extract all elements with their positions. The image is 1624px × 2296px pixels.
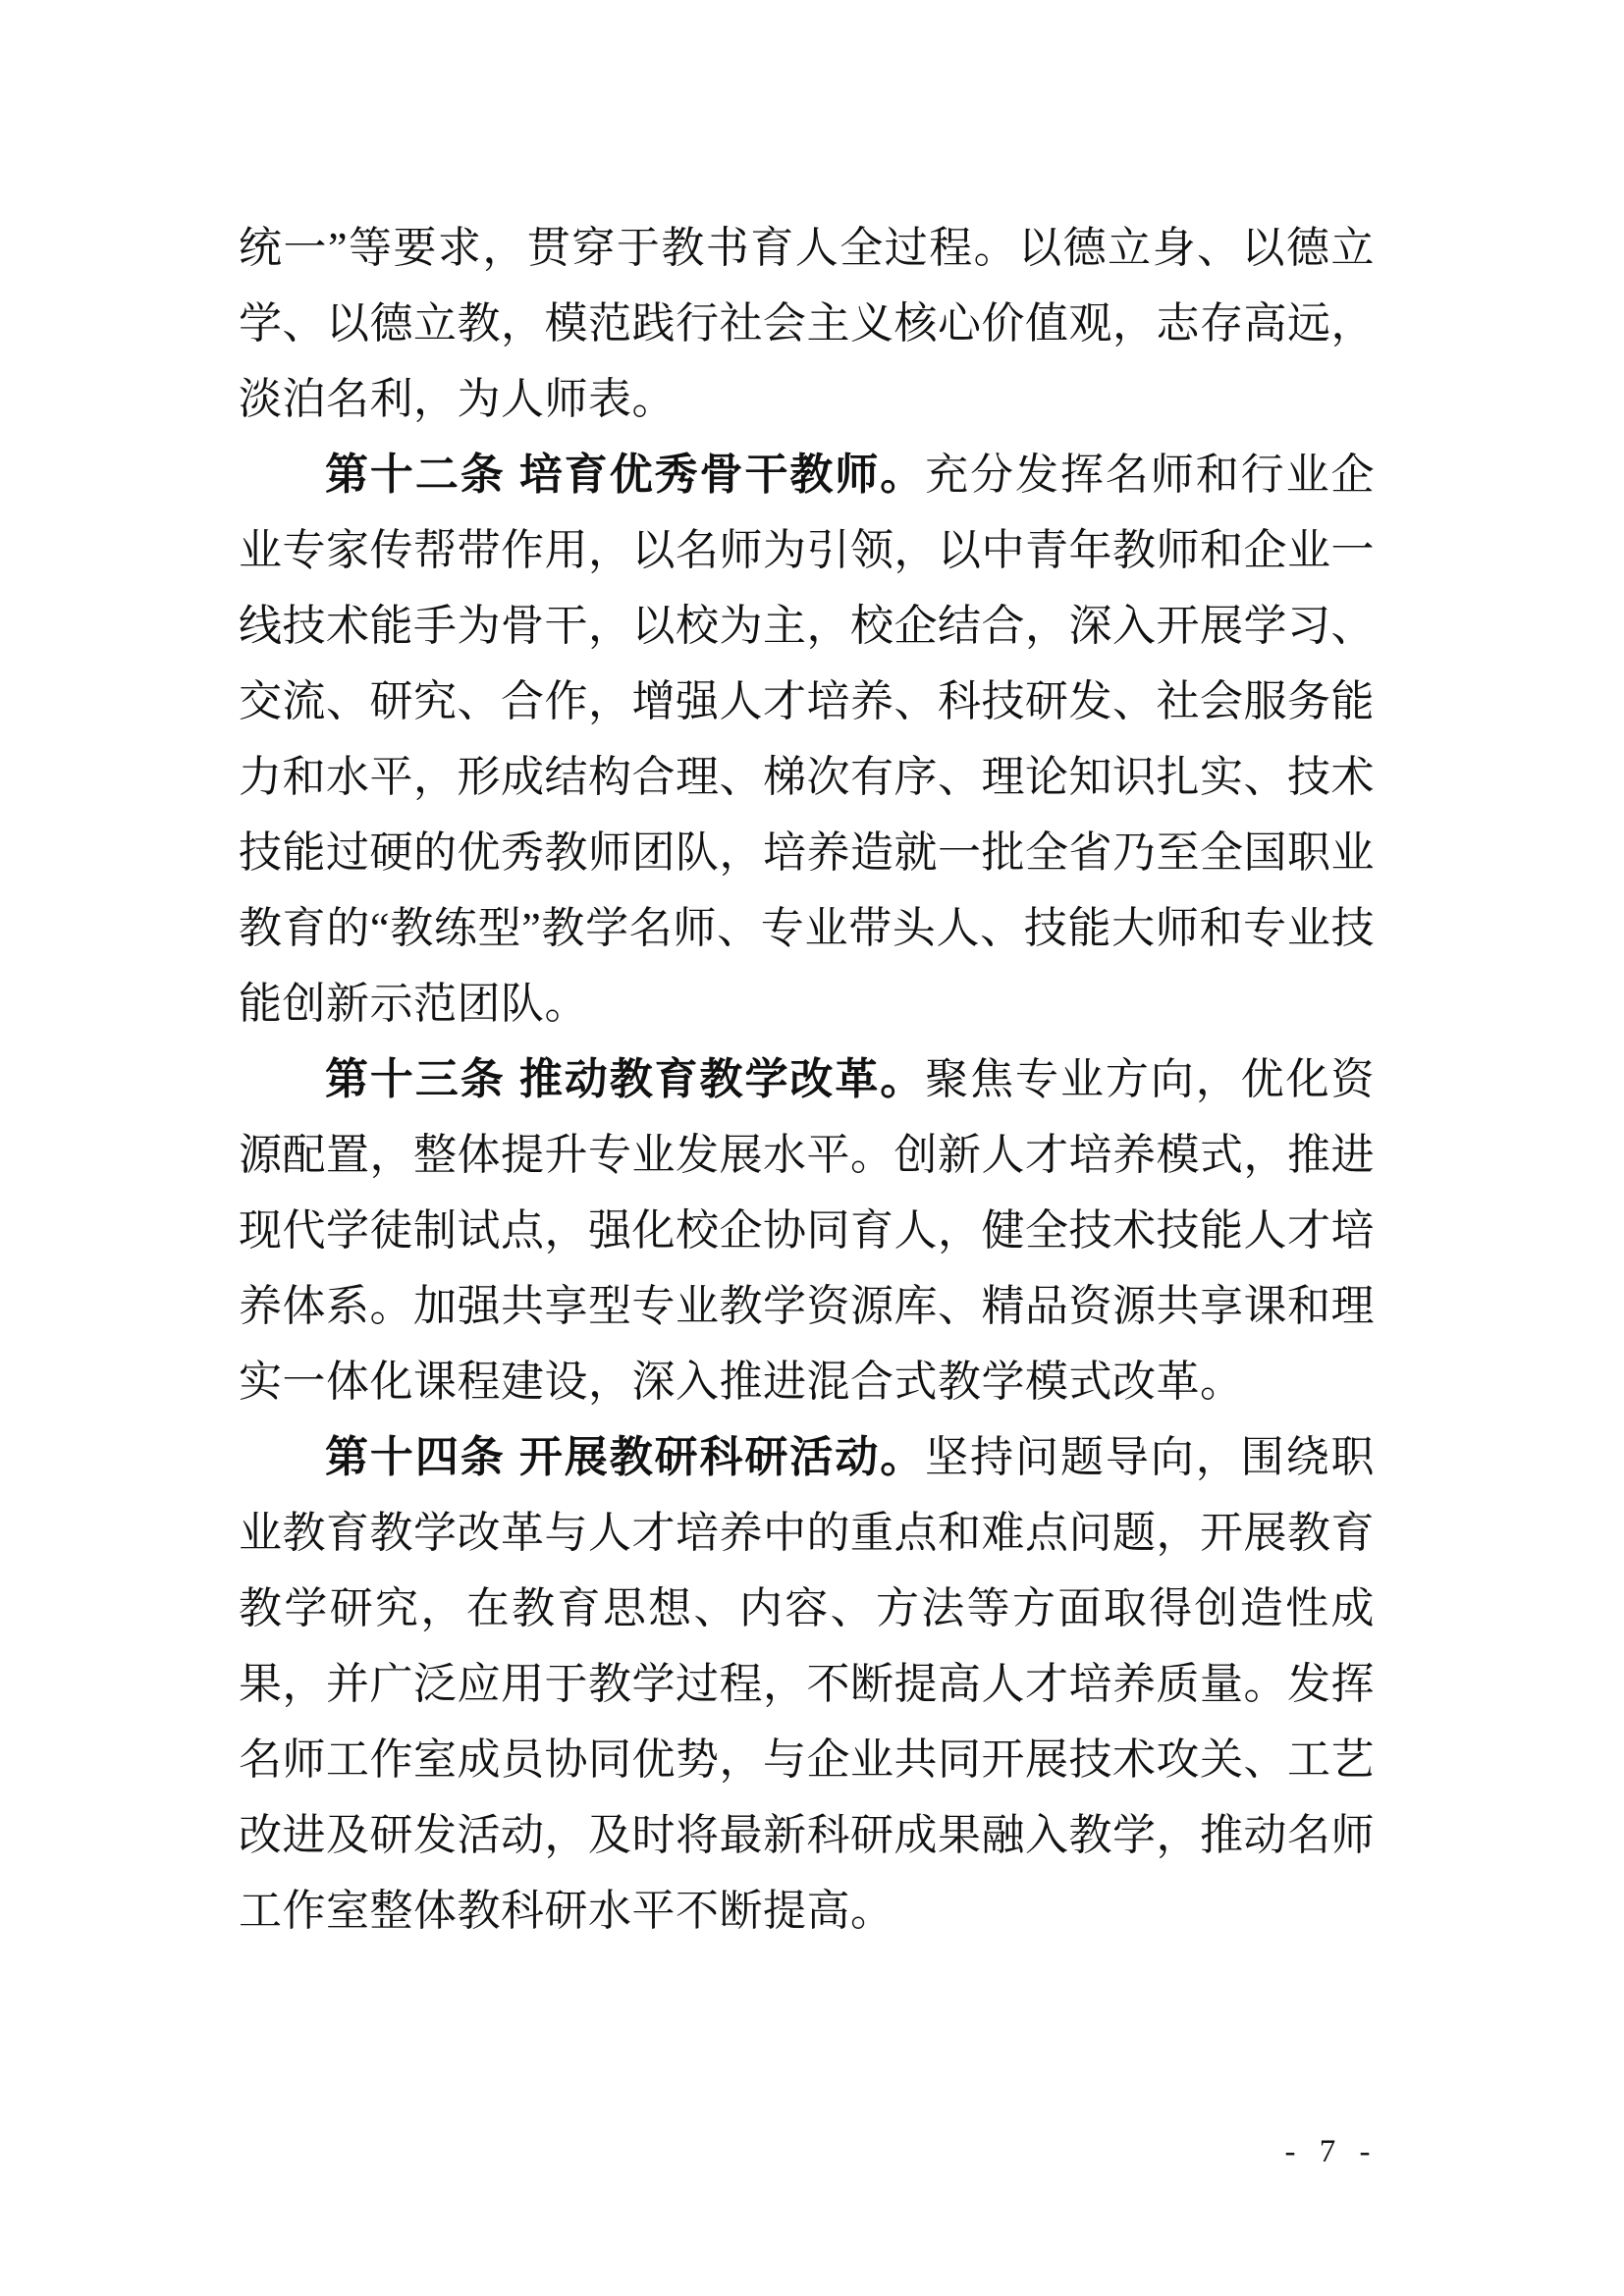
paragraph-article-13: 第十三条 推动教育教学改革。聚焦专业方向，优化资源配置，整体提升专业发展水平。创… (239, 1041, 1375, 1419)
paragraph-text: 充分发挥名师和行业企业专家传帮带作用，以名师为引领，以中青年教师和企业一线技术能… (239, 451, 1375, 1028)
paragraph-continuation: 统一”等要求，贯穿于教书育人全过程。以德立身、以德立学、以德立教，模范践行社会主… (239, 210, 1375, 437)
paragraph-article-12: 第十二条 培育优秀骨干教师。充分发挥名师和行业企业专家传帮带作用，以名师为引领，… (239, 437, 1375, 1041)
paragraph-article-14: 第十四条 开展教研科研活动。坚持问题导向，围绕职业教育教学改革与人才培养中的重点… (239, 1419, 1375, 1949)
article-12-heading: 第十二条 培育优秀骨干教师。 (325, 451, 925, 499)
article-14-heading: 第十四条 开展教研科研活动。 (325, 1433, 925, 1481)
page-number: - 7 - (1272, 2132, 1390, 2171)
article-13-heading: 第十三条 推动教育教学改革。 (325, 1055, 925, 1103)
paragraph-text: 聚焦专业方向，优化资源配置，整体提升专业发展水平。创新人才培养模式，推进现代学徒… (239, 1055, 1375, 1406)
paragraph-text: 坚持问题导向，围绕职业教育教学改革与人才培养中的重点和难点问题，开展教育教学研究… (239, 1433, 1375, 1935)
document-page: 统一”等要求，贯穿于教书育人全过程。以德立身、以德立学、以德立教，模范践行社会主… (0, 0, 1624, 2296)
document-body: 统一”等要求，贯穿于教书育人全过程。以德立身、以德立学、以德立教，模范践行社会主… (239, 210, 1375, 1949)
paragraph-text: 统一”等要求，贯穿于教书育人全过程。以德立身、以德立学、以德立教，模范践行社会主… (239, 224, 1375, 423)
